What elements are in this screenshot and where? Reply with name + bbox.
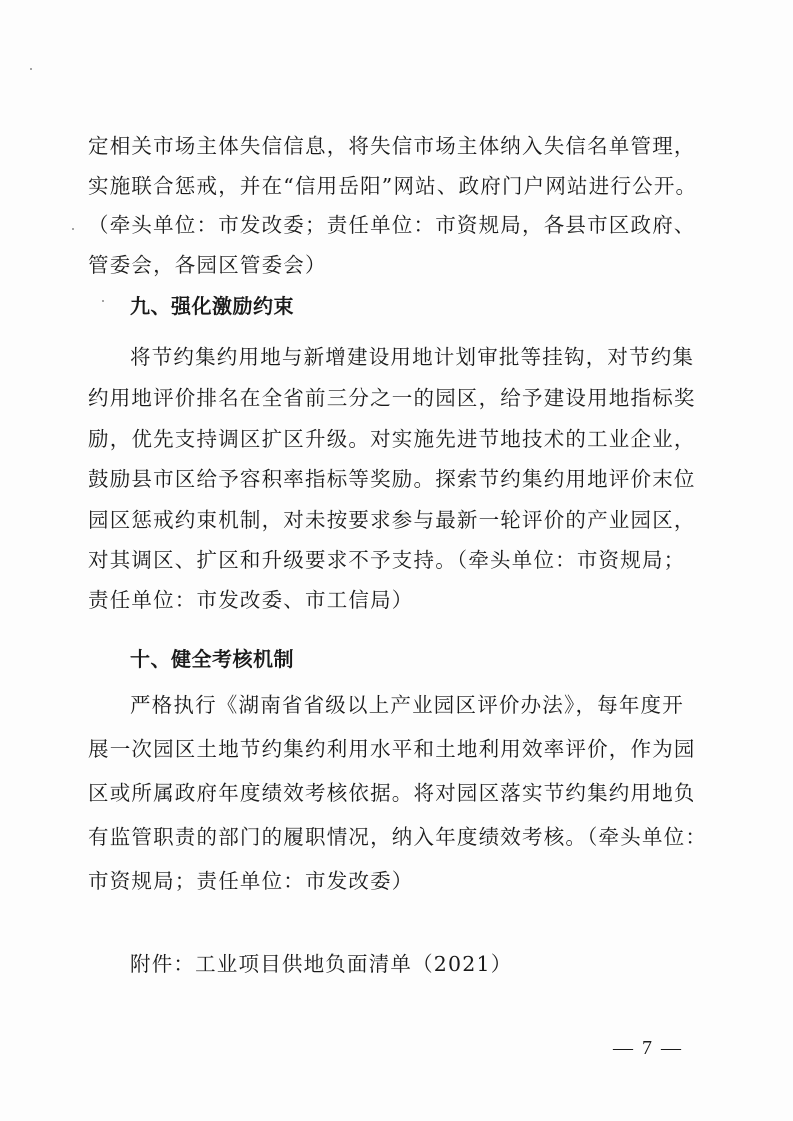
paragraph-line: 将节约集约用地与新增建设用地计划审批等挂钩，对节约集 bbox=[130, 344, 730, 370]
paragraph-line: 管委会，各园区管委会） bbox=[88, 252, 688, 278]
scan-speck bbox=[30, 68, 32, 70]
page-number: — 7 — bbox=[613, 1035, 683, 1061]
paragraph-line: 励，优先支持调区扩区升级。对实施先进节地技术的工业企业， bbox=[88, 426, 688, 452]
paragraph-line: 定相关市场主体失信信息，将失信市场主体纳入失信名单管理， bbox=[88, 133, 688, 159]
document-page: 定相关市场主体失信信息，将失信市场主体纳入失信名单管理， 实施联合惩戒，并在“信… bbox=[0, 0, 793, 1121]
scan-speck bbox=[72, 228, 74, 230]
paragraph-line: 市资规局；责任单位：市发改委） bbox=[88, 868, 688, 894]
section-heading: 十、健全考核机制 bbox=[130, 646, 730, 672]
paragraph-line: 约用地评价排名在全省前三分之一的园区，给予建设用地指标奖 bbox=[88, 385, 688, 411]
paragraph-line: 展一次园区土地节约集约利用水平和土地利用效率评价，作为园 bbox=[88, 736, 688, 762]
paragraph-line: （牵头单位：市发改委；责任单位：市资规局，各县市区政府、 bbox=[88, 212, 688, 238]
paragraph-line: 有监管职责的部门的履职情况，纳入年度绩效考核。（牵头单位： bbox=[88, 824, 688, 850]
paragraph-line: 园区惩戒约束机制，对未按要求参与最新一轮评价的产业园区， bbox=[88, 507, 688, 533]
paragraph-line: 对其调区、扩区和升级要求不予支持。（牵头单位：市资规局； bbox=[88, 547, 688, 573]
section-heading: 九、强化激励约束 bbox=[130, 293, 730, 319]
paragraph-line: 责任单位：市发改委、市工信局） bbox=[88, 587, 688, 613]
paragraph-line: 鼓励县市区给予容积率指标等奖励。探索节约集约用地评价末位 bbox=[88, 466, 688, 492]
paragraph-line: 实施联合惩戒，并在“信用岳阳”网站、政府门户网站进行公开。 bbox=[88, 173, 688, 199]
paragraph-line: 区或所属政府年度绩效考核依据。将对园区落实节约集约用地负 bbox=[88, 780, 688, 806]
attachment-note: 附件：工业项目供地负面清单（2021） bbox=[130, 951, 730, 977]
paragraph-line: 严格执行《湖南省省级以上产业园区评价办法》，每年度开 bbox=[130, 692, 730, 718]
scan-speck bbox=[102, 300, 104, 302]
